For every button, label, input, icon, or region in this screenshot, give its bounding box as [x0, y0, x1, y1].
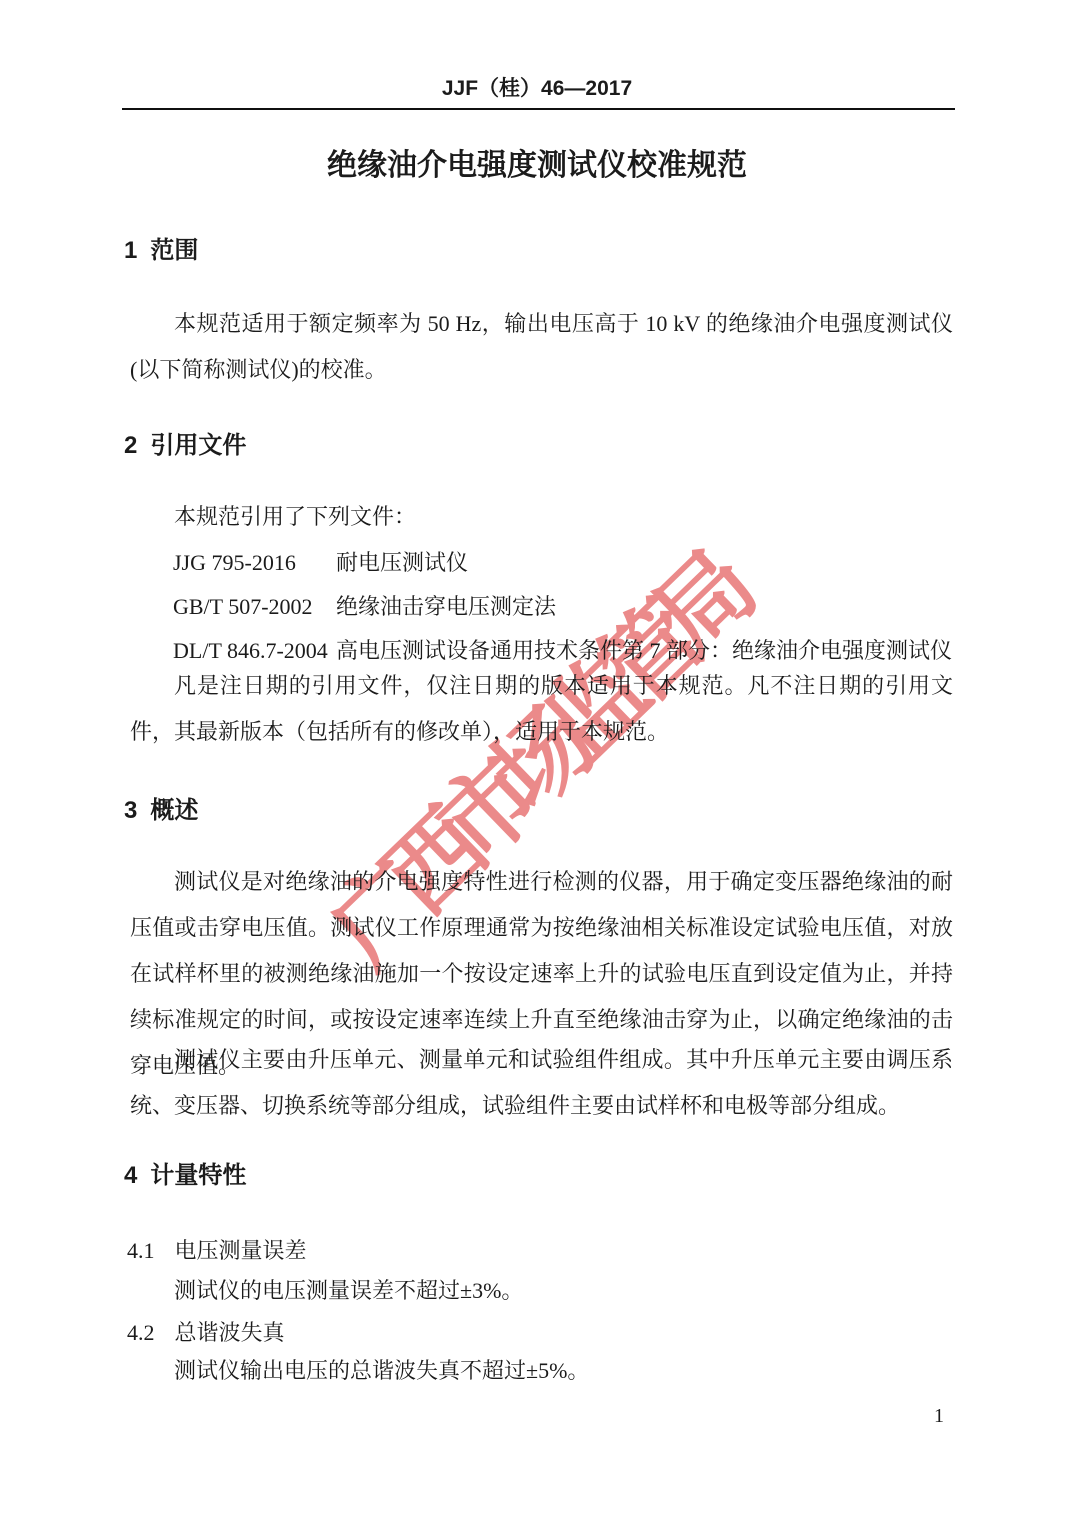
- subclause-heading-voltage-error: 4.1电压测量误差: [127, 1236, 307, 1266]
- page-number: 1: [926, 1403, 952, 1429]
- reference-title: 高电压测试设备通用技术条件第 7 部分：绝缘油介电强度测试仪: [336, 638, 952, 663]
- subclause-label: 电压测量误差: [175, 1238, 307, 1263]
- reference-item: JJG 795-2016耐电压测试仪: [130, 540, 1030, 586]
- document-page: 广西市场监管局 JJF（桂）46—2017 绝缘油介电强度测试仪校准规范 1范围…: [0, 0, 1074, 1520]
- section-number: 4: [124, 1162, 137, 1189]
- subclause-number: 4.2: [127, 1320, 155, 1345]
- scope-paragraph: 本规范适用于额定频率为 50 Hz，输出电压高于 10 kV 的绝缘油介电强度测…: [130, 301, 953, 393]
- references-note: 凡是注日期的引用文件，仅注日期的版本适用于本规范。凡不注日期的引用文件，其最新版…: [130, 663, 953, 755]
- section-heading-scope: 1范围: [124, 237, 198, 265]
- section-number: 2: [124, 432, 137, 459]
- section-number: 3: [124, 797, 137, 824]
- subclause-label: 总谐波失真: [175, 1320, 285, 1345]
- reference-code: JJG 795-2016: [173, 540, 336, 586]
- overview-paragraph-2: 测试仪主要由升压单元、测量单元和试验组件组成。其中升压单元主要由调压系统、变压器…: [130, 1037, 953, 1129]
- section-label: 概述: [150, 797, 198, 824]
- subclause-heading-harmonic-distortion: 4.2总谐波失真: [127, 1318, 285, 1348]
- harmonic-distortion-paragraph: 测试仪输出电压的总谐波失真不超过±5%。: [130, 1356, 953, 1386]
- reference-code: GB/T 507-2002: [173, 584, 336, 630]
- section-number: 1: [124, 237, 137, 264]
- reference-item: GB/T 507-2002绝缘油击穿电压测定法: [130, 584, 1030, 630]
- voltage-error-paragraph: 测试仪的电压测量误差不超过±3%。: [130, 1276, 953, 1306]
- references-intro: 本规范引用了下列文件：: [130, 494, 953, 540]
- section-heading-references: 2引用文件: [124, 432, 246, 460]
- subclause-number: 4.1: [127, 1238, 155, 1263]
- section-label: 引用文件: [150, 432, 246, 459]
- section-label: 计量特性: [150, 1162, 246, 1189]
- reference-title: 绝缘油击穿电压测定法: [336, 594, 556, 619]
- reference-title: 耐电压测试仪: [336, 550, 468, 575]
- document-title: 绝缘油介电强度测试仪校准规范: [0, 147, 1074, 185]
- section-label: 范围: [150, 237, 198, 264]
- page-header-code: JJF（桂）46—2017: [0, 76, 1074, 102]
- header-rule: [122, 108, 955, 110]
- section-heading-overview: 3概述: [124, 797, 198, 825]
- section-heading-metrological: 4计量特性: [124, 1162, 246, 1190]
